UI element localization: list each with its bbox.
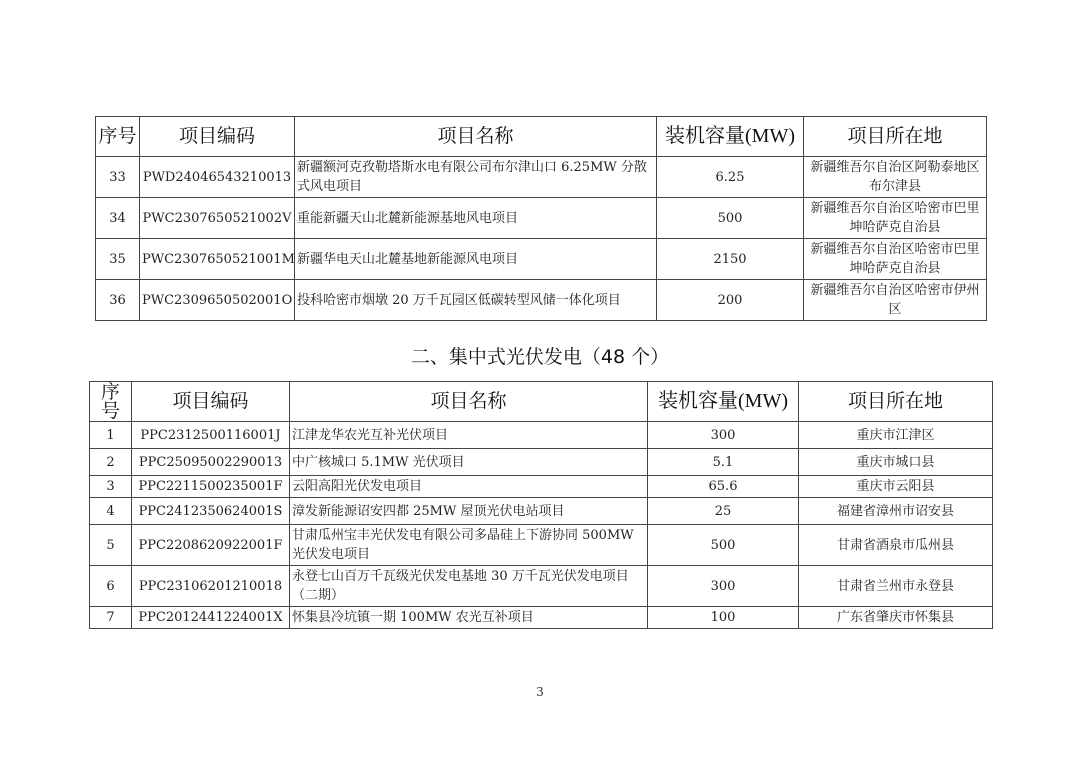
header-name: 项目名称	[295, 117, 657, 157]
header-location: 项目所在地	[804, 117, 987, 157]
row-capacity: 65.6	[648, 476, 799, 498]
row-location: 重庆市云阳县	[799, 476, 993, 498]
table-row: 2 PPC25095002290013 中广核城口 5.1MW 光伏项目 5.1…	[90, 449, 993, 476]
row-name: 投科哈密市烟墩 20 万千瓦园区低碳转型风储一体化项目	[295, 280, 657, 321]
row-location: 广东省肇庆市怀集县	[799, 607, 993, 629]
row-location: 甘肃省酒泉市瓜州县	[799, 525, 993, 566]
row-index: 7	[90, 607, 132, 629]
row-location: 重庆市江津区	[799, 422, 993, 449]
table-row: 3 PPC2211500235001F 云阳高阳光伏发电项目 65.6 重庆市云…	[90, 476, 993, 498]
row-index: 1	[90, 422, 132, 449]
row-name: 新疆华电天山北麓基地新能源风电项目	[295, 239, 657, 280]
row-code: PPC2211500235001F	[132, 476, 290, 498]
row-index: 33	[96, 157, 140, 198]
table-row: 7 PPC2012441224001X 怀集县冷坑镇一期 100MW 农光互补项…	[90, 607, 993, 629]
row-code: PPC2312500116001J	[132, 422, 290, 449]
header-capacity: 装机容量(MW)	[648, 382, 799, 422]
row-location: 重庆市城口县	[799, 449, 993, 476]
header-location: 项目所在地	[799, 382, 993, 422]
row-index: 4	[90, 498, 132, 525]
row-name: 永登七山百万千瓦级光伏发电基地 30 万千瓦光伏发电项目（二期）	[290, 566, 648, 607]
row-code: PPC2412350624001S	[132, 498, 290, 525]
row-name: 新疆额河克孜勒塔斯水电有限公司布尔津山口 6.25MW 分散式风电项目	[295, 157, 657, 198]
row-capacity: 200	[657, 280, 804, 321]
table-row: 1 PPC2312500116001J 江津龙华农光互补光伏项目 300 重庆市…	[90, 422, 993, 449]
table-row: 5 PPC2208620922001F 甘肃瓜州宝丰光伏发电有限公司多晶硅上下游…	[90, 525, 993, 566]
row-code: PWC2307650521002V	[140, 198, 295, 239]
row-capacity: 2150	[657, 239, 804, 280]
table-row: 36 PWC2309650502001O 投科哈密市烟墩 20 万千瓦园区低碳转…	[96, 280, 987, 321]
row-index: 2	[90, 449, 132, 476]
table-row: 33 PWD24046543210013 新疆额河克孜勒塔斯水电有限公司布尔津山…	[96, 157, 987, 198]
row-code: PWC2307650521001M	[140, 239, 295, 280]
header-code: 项目编码	[140, 117, 295, 157]
header-name: 项目名称	[290, 382, 648, 422]
row-index: 3	[90, 476, 132, 498]
row-capacity: 100	[648, 607, 799, 629]
header-index: 序号	[96, 117, 140, 157]
header-index: 序号	[90, 382, 132, 422]
table-row: 35 PWC2307650521001M 新疆华电天山北麓基地新能源风电项目 2…	[96, 239, 987, 280]
row-name: 重能新疆天山北麓新能源基地风电项目	[295, 198, 657, 239]
row-capacity: 300	[648, 422, 799, 449]
row-capacity: 5.1	[648, 449, 799, 476]
wind-projects-table: 序号 项目编码 项目名称 装机容量(MW) 项目所在地 33 PWD240465…	[95, 116, 987, 321]
row-name: 云阳高阳光伏发电项目	[290, 476, 648, 498]
row-code: PWC2309650502001O	[140, 280, 295, 321]
row-code: PPC2012441224001X	[132, 607, 290, 629]
header-code: 项目编码	[132, 382, 290, 422]
row-capacity: 500	[648, 525, 799, 566]
table-row: 4 PPC2412350624001S 漳发新能源诏安四都 25MW 屋顶光伏电…	[90, 498, 993, 525]
table-header-row: 序号 项目编码 项目名称 装机容量(MW) 项目所在地	[96, 117, 987, 157]
row-location: 新疆维吾尔自治区哈密市伊州区	[804, 280, 987, 321]
row-index: 5	[90, 525, 132, 566]
row-index: 36	[96, 280, 140, 321]
table-header-row: 序号 项目编码 项目名称 装机容量(MW) 项目所在地	[90, 382, 993, 422]
row-location: 福建省漳州市诏安县	[799, 498, 993, 525]
row-code: PPC25095002290013	[132, 449, 290, 476]
row-capacity: 300	[648, 566, 799, 607]
row-name: 江津龙华农光互补光伏项目	[290, 422, 648, 449]
row-code: PPC2208620922001F	[132, 525, 290, 566]
row-location: 新疆维吾尔自治区哈密市巴里坤哈萨克自治县	[804, 239, 987, 280]
table-row: 34 PWC2307650521002V 重能新疆天山北麓新能源基地风电项目 5…	[96, 198, 987, 239]
row-name: 怀集县冷坑镇一期 100MW 农光互补项目	[290, 607, 648, 629]
table-row: 6 PPC23106201210018 永登七山百万千瓦级光伏发电基地 30 万…	[90, 566, 993, 607]
row-name: 漳发新能源诏安四都 25MW 屋顶光伏电站项目	[290, 498, 648, 525]
section-title: 二、集中式光伏发电（48 个）	[0, 342, 1080, 369]
row-capacity: 500	[657, 198, 804, 239]
row-name: 甘肃瓜州宝丰光伏发电有限公司多晶硅上下游协同 500MW 光伏发电项目	[290, 525, 648, 566]
row-index: 35	[96, 239, 140, 280]
row-index: 34	[96, 198, 140, 239]
row-code: PWD24046543210013	[140, 157, 295, 198]
header-capacity: 装机容量(MW)	[657, 117, 804, 157]
row-code: PPC23106201210018	[132, 566, 290, 607]
row-location: 新疆维吾尔自治区哈密市巴里坤哈萨克自治县	[804, 198, 987, 239]
row-name: 中广核城口 5.1MW 光伏项目	[290, 449, 648, 476]
row-location: 新疆维吾尔自治区阿勒泰地区布尔津县	[804, 157, 987, 198]
page-number: 3	[0, 685, 1080, 699]
row-location: 甘肃省兰州市永登县	[799, 566, 993, 607]
solar-projects-table: 序号 项目编码 项目名称 装机容量(MW) 项目所在地 1 PPC2312500…	[89, 381, 993, 629]
row-capacity: 25	[648, 498, 799, 525]
row-capacity: 6.25	[657, 157, 804, 198]
row-index: 6	[90, 566, 132, 607]
